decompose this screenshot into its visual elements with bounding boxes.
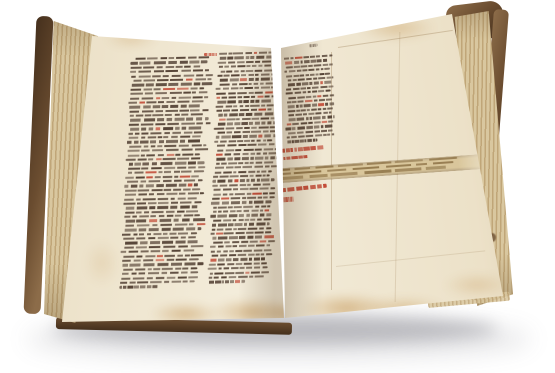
stain-top-right-page xyxy=(345,10,449,46)
stain-top-left xyxy=(95,26,167,52)
photo-background xyxy=(0,0,555,373)
manuscript-text-column-1 xyxy=(118,56,214,291)
gutter-shadow-right xyxy=(281,24,323,324)
gutter-shadow-left xyxy=(238,30,286,330)
